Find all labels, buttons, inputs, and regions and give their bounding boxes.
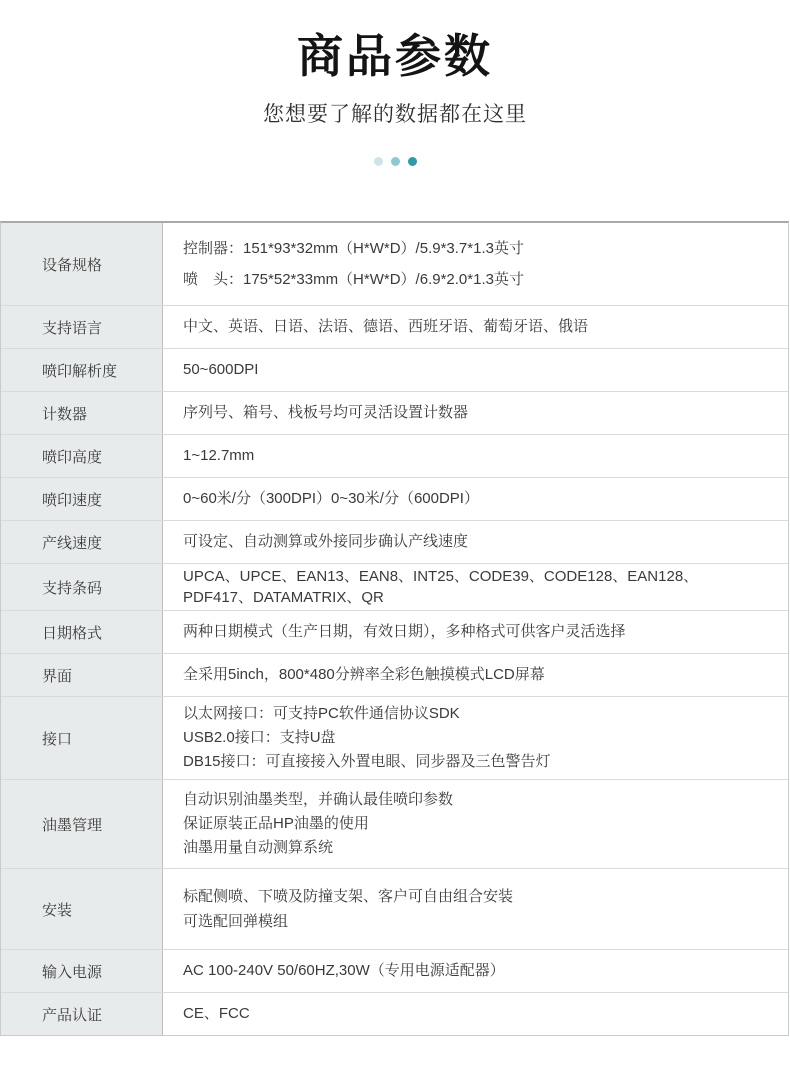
spec-value-line: UPCA、UPCE、EAN13、EAN8、INT25、CODE39、CODE12… xyxy=(183,566,770,587)
spec-value-line: 全采用5inch，800*480分辨率全彩色触摸模式LCD屏幕 xyxy=(183,664,770,686)
spec-value-line: 两种日期模式（生产日期，有效日期），多种格式可供客户灵活选择 xyxy=(183,621,770,643)
spec-value: 可设定、自动测算或外接同步确认产线速度 xyxy=(163,521,788,563)
spec-value-line: USB2.0接口：支持U盘 xyxy=(183,726,770,750)
spec-value: AC 100-240V 50/60HZ,30W（专用电源适配器） xyxy=(163,950,788,992)
spec-value: 两种日期模式（生产日期，有效日期），多种格式可供客户灵活选择 xyxy=(163,611,788,653)
page-subtitle: 您想要了解的数据都在这里 xyxy=(0,103,790,127)
spec-value: 1~12.7mm xyxy=(163,435,788,477)
spec-value-line: 标配侧喷、下喷及防撞支架、客户可自由组合安装 xyxy=(183,884,770,909)
spec-value: 中文、英语、日语、法语、德语、西班牙语、葡萄牙语、俄语 xyxy=(163,306,788,348)
spec-table: 设备规格 控制器：151*93*32mm（H*W*D）/5.9*3.7*1.3英… xyxy=(0,221,789,1036)
spec-label: 支持条码 xyxy=(1,564,163,610)
table-row: 支持语言 中文、英语、日语、法语、德语、西班牙语、葡萄牙语、俄语 xyxy=(1,306,788,349)
spec-value-line: AC 100-240V 50/60HZ,30W（专用电源适配器） xyxy=(183,960,770,982)
product-parameters-page: 商品参数 您想要了解的数据都在这里 设备规格 控制器：151*93*32mm（H… xyxy=(0,0,790,1066)
spec-value-line: 控制器：151*93*32mm（H*W*D）/5.9*3.7*1.3英寸 xyxy=(183,233,770,264)
spec-value: 50~600DPI xyxy=(163,349,788,391)
spec-value-line: 以太网接口：可支持PC软件通信协议SDK xyxy=(183,702,770,726)
spec-value: 控制器：151*93*32mm（H*W*D）/5.9*3.7*1.3英寸喷 头：… xyxy=(163,223,788,305)
table-row: 接口 以太网接口：可支持PC软件通信协议SDKUSB2.0接口：支持U盘DB15… xyxy=(1,697,788,780)
spec-value: 自动识别油墨类型，并确认最佳喷印参数保证原装正品HP油墨的使用油墨用量自动测算系… xyxy=(163,780,788,868)
spec-label: 喷印解析度 xyxy=(1,349,163,391)
table-row: 喷印高度 1~12.7mm xyxy=(1,435,788,478)
dot-icon xyxy=(374,157,383,166)
spec-value-line: DB15接口：可直接接入外置电眼、同步器及三色警告灯 xyxy=(183,750,770,774)
spec-label: 油墨管理 xyxy=(1,780,163,868)
spec-label: 日期格式 xyxy=(1,611,163,653)
spec-value: 序列号、箱号、栈板号均可灵活设置计数器 xyxy=(163,392,788,434)
spec-value: 全采用5inch，800*480分辨率全彩色触摸模式LCD屏幕 xyxy=(163,654,788,696)
table-row: 产线速度 可设定、自动测算或外接同步确认产线速度 xyxy=(1,521,788,564)
spec-label: 输入电源 xyxy=(1,950,163,992)
table-row: 设备规格 控制器：151*93*32mm（H*W*D）/5.9*3.7*1.3英… xyxy=(1,223,788,306)
table-row: 界面 全采用5inch，800*480分辨率全彩色触摸模式LCD屏幕 xyxy=(1,654,788,697)
table-row: 油墨管理 自动识别油墨类型，并确认最佳喷印参数保证原装正品HP油墨的使用油墨用量… xyxy=(1,780,788,869)
spec-label: 喷印速度 xyxy=(1,478,163,520)
spec-value-line: 序列号、箱号、栈板号均可灵活设置计数器 xyxy=(183,402,770,424)
spec-label: 喷印高度 xyxy=(1,435,163,477)
spec-value: CE、FCC xyxy=(163,993,788,1035)
table-row: 日期格式 两种日期模式（生产日期，有效日期），多种格式可供客户灵活选择 xyxy=(1,611,788,654)
spec-value: UPCA、UPCE、EAN13、EAN8、INT25、CODE39、CODE12… xyxy=(163,564,788,610)
spec-value: 以太网接口：可支持PC软件通信协议SDKUSB2.0接口：支持U盘DB15接口：… xyxy=(163,697,788,779)
spec-value-line: 中文、英语、日语、法语、德语、西班牙语、葡萄牙语、俄语 xyxy=(183,316,770,338)
spec-value-line: 自动识别油墨类型，并确认最佳喷印参数 xyxy=(183,788,770,812)
dot-icon xyxy=(408,157,417,166)
table-row: 安装 标配侧喷、下喷及防撞支架、客户可自由组合安装可选配回弹模组 xyxy=(1,869,788,950)
spec-value-line: 可选配回弹模组 xyxy=(183,909,770,934)
header: 商品参数 您想要了解的数据都在这里 xyxy=(0,0,790,166)
spec-label: 计数器 xyxy=(1,392,163,434)
spec-value-line: 喷 头：175*52*33mm（H*W*D）/6.9*2.0*1.3英寸 xyxy=(183,264,770,295)
table-row: 支持条码 UPCA、UPCE、EAN13、EAN8、INT25、CODE39、C… xyxy=(1,564,788,611)
spec-value-line: PDF417、DATAMATRIX、QR xyxy=(183,587,770,608)
spec-value-line: 0~60米/分（300DPI）0~30米/分（600DPI） xyxy=(183,488,770,510)
spec-label: 产品认证 xyxy=(1,993,163,1035)
spec-value-line: 50~600DPI xyxy=(183,359,770,381)
spec-label: 支持语言 xyxy=(1,306,163,348)
spec-value: 0~60米/分（300DPI）0~30米/分（600DPI） xyxy=(163,478,788,520)
table-row: 产品认证 CE、FCC xyxy=(1,993,788,1035)
table-row: 计数器 序列号、箱号、栈板号均可灵活设置计数器 xyxy=(1,392,788,435)
spec-value-line: 1~12.7mm xyxy=(183,445,770,467)
spec-value-line: 保证原装正品HP油墨的使用 xyxy=(183,812,770,836)
page-title: 商品参数 xyxy=(0,0,790,82)
dot-icon xyxy=(391,157,400,166)
spec-value-line: CE、FCC xyxy=(183,1003,770,1025)
table-row: 喷印解析度 50~600DPI xyxy=(1,349,788,392)
spec-value: 标配侧喷、下喷及防撞支架、客户可自由组合安装可选配回弹模组 xyxy=(163,869,788,949)
decorative-dots xyxy=(0,156,790,166)
spec-label: 界面 xyxy=(1,654,163,696)
spec-value-line: 可设定、自动测算或外接同步确认产线速度 xyxy=(183,531,770,553)
spec-value-line: 油墨用量自动测算系统 xyxy=(183,836,770,860)
table-row: 喷印速度 0~60米/分（300DPI）0~30米/分（600DPI） xyxy=(1,478,788,521)
table-row: 输入电源 AC 100-240V 50/60HZ,30W（专用电源适配器） xyxy=(1,950,788,993)
spec-label: 安装 xyxy=(1,869,163,949)
spec-label: 设备规格 xyxy=(1,223,163,305)
spec-label: 接口 xyxy=(1,697,163,779)
spec-label: 产线速度 xyxy=(1,521,163,563)
